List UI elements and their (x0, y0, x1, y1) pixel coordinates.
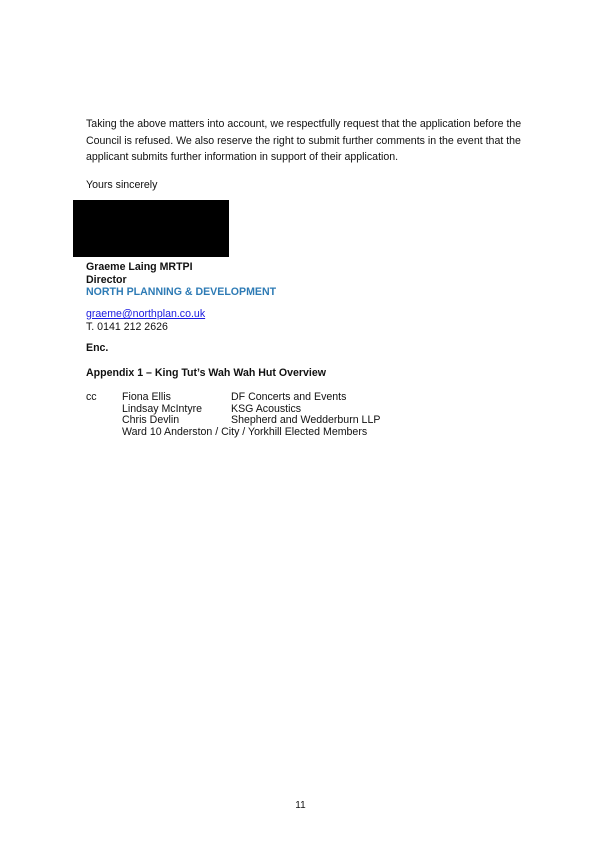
redacted-signature (73, 200, 229, 257)
body-paragraph: Taking the above matters into account, w… (86, 116, 556, 166)
appendix-title: Appendix 1 – King Tut’s Wah Wah Hut Over… (86, 367, 326, 379)
contact-block: graeme@northplan.co.uk T. 0141 212 2626 (86, 308, 205, 333)
cc-recipient-name: Fiona Ellis (122, 392, 171, 404)
cc-recipient-org: DF Concerts and Events (231, 392, 346, 404)
closing-salutation: Yours sincerely (86, 179, 157, 191)
enclosure-label: Enc. (86, 342, 108, 354)
phone-number: T. 0141 212 2626 (86, 321, 205, 334)
page-number: 11 (0, 800, 601, 811)
signature-block: Graeme Laing MRTPI Director NORTH PLANNI… (86, 261, 276, 299)
company-name: NORTH PLANNING & DEVELOPMENT (86, 286, 276, 299)
signatory-name: Graeme Laing MRTPI (86, 261, 276, 274)
email-link[interactable]: graeme@northplan.co.uk (86, 308, 205, 320)
document-page: Taking the above matters into account, w… (0, 0, 601, 850)
cc-other-recipients: Ward 10 Anderston / City / Yorkhill Elec… (122, 427, 367, 439)
cc-label: cc (86, 392, 97, 404)
signatory-title: Director (86, 274, 276, 287)
